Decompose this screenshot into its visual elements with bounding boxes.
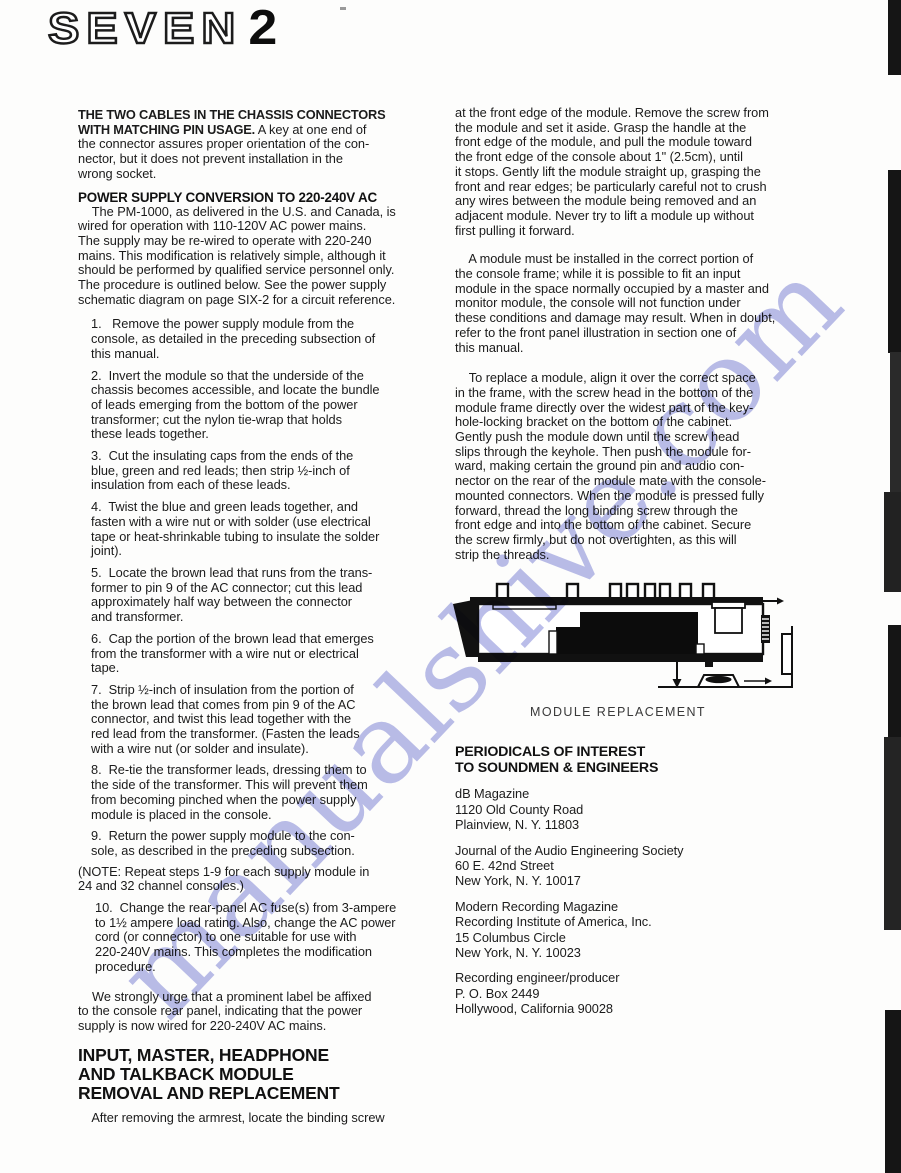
scan-speck [340,7,346,10]
right-column: at the front edge of the module. Remove … [455,106,800,1017]
periodical-db-magazine: dB Magazine 1120 Old County Road Plainvi… [455,786,800,832]
step-4: 4. Twist the blue and green leads togeth… [91,500,443,559]
scan-mark [890,352,901,492]
periodical-journal-aes: Journal of the Audio Engineering Society… [455,843,800,889]
armrest-paragraph: After removing the armrest, locate the b… [78,1111,443,1126]
periodicals-heading: PERIODICALS OF INTEREST TO SOUNDMEN & EN… [455,744,800,776]
section-logo: SEVEN 2 [48,6,277,53]
step-8: 8. Re-tie the transformer leads, dressin… [91,763,443,822]
periodical-modern-recording: Modern Recording Magazine Recording Inst… [455,899,800,961]
step-9: 9. Return the power supply module to the… [91,829,443,858]
step-3: 3. Cut the insulating caps from the ends… [91,449,443,493]
scanned-manual-page: SEVEN 2 manualshive.com THE TWO CABLES I… [0,0,901,1173]
diagram-caption: MODULE REPLACEMENT [453,705,783,719]
module-placement-warning-paragraph: A module must be installed in the correc… [455,252,800,355]
module-replacement-diagram: MODULE REPLACEMENT [453,577,800,719]
section-logo-word: SEVEN [48,6,242,50]
step-2: 2. Invert the module so that the undersi… [91,369,443,443]
conversion-intro-paragraph: The PM-1000, as delivered in the U.S. an… [78,205,443,308]
periodical-recording-engineer: Recording engineer/producer P. O. Box 24… [455,970,800,1016]
scan-mark [884,737,901,930]
label-recommendation-paragraph: We strongly urge that a prominent label … [78,990,443,1034]
module-replacement-paragraph: To replace a module, align it over the c… [455,371,800,562]
module-removal-heading: INPUT, MASTER, HEADPHONE AND TALKBACK MO… [78,1046,443,1103]
scan-mark [885,1010,901,1173]
step-6: 6. Cap the portion of the brown lead tha… [91,632,443,676]
left-column: THE TWO CABLES IN THE CHASSIS CONNECTORS… [78,108,443,1125]
step-10: 10. Change the rear-panel AC fuse(s) fro… [95,901,443,975]
scan-mark [888,0,901,75]
step-5: 5. Locate the brown lead that runs from … [91,566,443,625]
scan-mark [888,170,901,353]
power-supply-conversion-heading: POWER SUPPLY CONVERSION TO 220-240V AC [78,190,443,205]
scan-mark [884,492,901,592]
scan-mark [888,625,901,737]
note-paragraph: (NOTE: Repeat steps 1-9 for each supply … [78,865,443,894]
section-logo-number: 2 [248,6,277,50]
step-7: 7. Strip ½-inch of insulation from the p… [91,683,443,757]
intro-paragraph: THE TWO CABLES IN THE CHASSIS CONNECTORS… [78,108,443,182]
step-1: 1. Remove the power supply module from t… [91,317,443,361]
module-side-view-illustration [453,577,798,695]
module-removal-paragraph: at the front edge of the module. Remove … [455,106,800,238]
